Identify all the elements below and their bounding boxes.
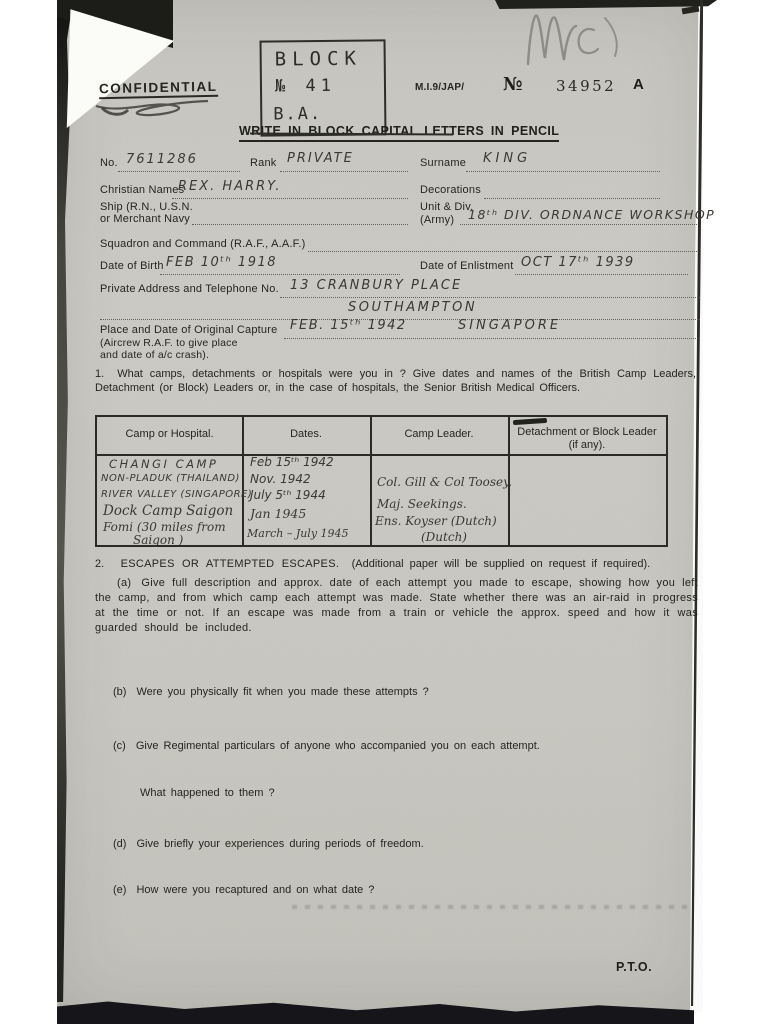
- question-2c2-text: What happened to them ?: [140, 787, 275, 799]
- field-note-capture-2: and date of a/c crash).: [100, 349, 209, 361]
- scanned-form-page: CONFIDENTIAL BLOCK № 41 B.A. M.I.9/JAP/ …: [0, 0, 772, 1024]
- camp-entry: Saigon ): [133, 533, 183, 547]
- serial-number-stamp: 34952: [556, 77, 616, 95]
- dotted-line: [466, 171, 660, 172]
- field-label-no: No.: [100, 157, 118, 169]
- dotted-line: [118, 171, 240, 172]
- field-label-dob: Date of Birth: [100, 260, 164, 272]
- field-value-dob: FEB 10ᵗʰ 1918: [166, 255, 277, 270]
- field-value-address: 13 CRANBURY PLACE: [290, 278, 462, 293]
- question-1-number: 1.: [95, 368, 104, 380]
- table-header-leader: Camp Leader.: [370, 428, 508, 440]
- question-2a-tag: (a): [117, 577, 131, 589]
- table-header-detachment: Detachment or Block Leader (if any).: [516, 426, 658, 451]
- question-2d-tag: (d): [113, 838, 126, 850]
- question-2b-tag: (b): [113, 686, 126, 698]
- dotted-line: [284, 338, 698, 339]
- question-2-title-note: (Additional paper will be supplied on re…: [352, 558, 651, 570]
- form-reference: M.I.9/JAP/: [415, 82, 464, 93]
- camp-entry: Fomi (30 miles from: [103, 520, 226, 534]
- field-value-christian-names: REX. HARRY.: [178, 179, 282, 194]
- field-value-surname: KING: [483, 151, 531, 166]
- question-2e-text: How were you recaptured and on what date…: [136, 884, 374, 896]
- date-entry: Nov. 1942: [250, 472, 311, 486]
- series-letter: A: [633, 76, 644, 93]
- question-2b-text: Were you physically fit when you made th…: [136, 686, 428, 698]
- field-label-ship-2: or Merchant Navy: [100, 213, 190, 225]
- field-label-address: Private Address and Telephone No.: [100, 283, 279, 295]
- question-2c-followup: What happened to them ?: [140, 787, 275, 801]
- camp-entry: Dock Camp Saigon: [103, 503, 233, 519]
- field-value-no: 7611286: [126, 152, 198, 167]
- camp-entry: RIVER VALLEY (SINGAPORE): [101, 489, 252, 500]
- question-2b: (b)Were you physically fit when you made…: [113, 686, 429, 700]
- date-entry: Jan 1945: [250, 506, 306, 521]
- field-label-rank: Rank: [250, 157, 276, 169]
- date-entry: July 5ᵗʰ 1944: [250, 488, 326, 502]
- date-entry: March – July 1945: [247, 527, 349, 540]
- question-2c-tag: (c): [113, 740, 126, 752]
- field-value-capture-place: SINGAPORE: [458, 318, 561, 333]
- leader-entry: Maj. Seekings.: [377, 497, 467, 511]
- camp-entry: CHANGI CAMP: [109, 457, 218, 471]
- question-1-text: What camps, detachments or hospitals wer…: [95, 368, 696, 394]
- question-2c-text: Give Regimental particulars of anyone wh…: [136, 740, 540, 752]
- question-2-title: ESCAPES OR ATTEMPTED ESCAPES.: [121, 558, 340, 570]
- pto-label: P.T.O.: [616, 960, 652, 974]
- field-value-address-2: SOUTHAMPTON: [348, 300, 477, 315]
- number-sign: №: [503, 74, 523, 95]
- block-stamp-line1: BLOCK: [275, 48, 362, 71]
- leader-entry: Col. Gill & Col Toosey.: [377, 475, 512, 489]
- field-label-enlistment: Date of Enlistment: [420, 260, 513, 272]
- dotted-line: [460, 224, 697, 225]
- table-header-separator: [97, 454, 666, 456]
- field-label-unit-2: (Army): [420, 214, 454, 226]
- question-2e: (e)How were you recaptured and on what d…: [113, 884, 374, 898]
- ink-bleedthrough: [292, 905, 692, 909]
- dotted-line: [515, 274, 688, 275]
- pencil-scribble: [88, 88, 238, 122]
- table-header-camp: Camp or Hospital.: [97, 428, 242, 440]
- dotted-line: [308, 251, 697, 252]
- block-stamp-line2: № 41: [275, 76, 336, 97]
- field-value-enlistment: OCT 17ᵗʰ 1939: [521, 255, 635, 270]
- question-2d: (d)Give briefly your experiences during …: [113, 838, 424, 852]
- question-2-number: 2.: [95, 558, 104, 570]
- question-2d-text: Give briefly your experiences during per…: [136, 838, 423, 850]
- field-label-squadron: Squadron and Command (R.A.F., A.A.F.): [100, 238, 306, 250]
- form-content: CONFIDENTIAL BLOCK № 41 B.A. M.I.9/JAP/ …: [0, 0, 772, 1024]
- field-value-capture: FEB. 15ᵗʰ 1942: [290, 318, 407, 333]
- field-label-christian-names: Christian Names: [100, 184, 184, 196]
- pencil-initials-mark: [508, 2, 638, 72]
- question-2-heading: 2. ESCAPES OR ATTEMPTED ESCAPES. (Additi…: [95, 554, 650, 572]
- dotted-line: [160, 274, 400, 275]
- question-2a-text: Give full description and approx. date o…: [95, 577, 698, 634]
- pencil-dash-mark: [513, 418, 547, 425]
- field-label-decorations: Decorations: [420, 184, 481, 196]
- dotted-line: [192, 224, 408, 225]
- camps-table: Camp or Hospital. Dates. Camp Leader. De…: [95, 415, 668, 547]
- field-value-rank: PRIVATE: [287, 151, 354, 166]
- question-2e-tag: (e): [113, 884, 126, 896]
- block-number-stamp: BLOCK № 41 B.A.: [260, 39, 387, 136]
- block-stamp-line3: B.A.: [273, 104, 322, 125]
- table-header-dates: Dates.: [242, 428, 370, 440]
- field-label-ship-1: Ship (R.N., U.S.N.: [100, 201, 193, 213]
- question-1: 1.What camps, detachments or hospitals w…: [95, 368, 696, 395]
- field-note-capture-1: (Aircrew R.A.F. to give place: [100, 337, 238, 349]
- question-2c: (c)Give Regimental particulars of anyone…: [113, 740, 540, 754]
- field-label-surname: Surname: [420, 157, 466, 169]
- leader-entry: (Dutch): [421, 530, 467, 544]
- field-value-unit: 18ᵗʰ DIV. ORDNANCE WORKSHOP: [468, 207, 715, 222]
- field-label-capture: Place and Date of Original Capture: [100, 324, 277, 336]
- dotted-line: [280, 171, 408, 172]
- dotted-line: [280, 297, 700, 298]
- field-label-unit-1: Unit & Div.: [420, 201, 473, 213]
- leader-entry: Ens. Koyser (Dutch): [375, 514, 497, 528]
- question-2a: (a)Give full description and approx. dat…: [95, 576, 698, 636]
- date-entry: Feb 15ᵗʰ 1942: [250, 455, 334, 469]
- dotted-line: [172, 198, 408, 199]
- camp-entry: NON-PLADUK (THAILAND): [101, 473, 240, 484]
- dotted-line: [484, 198, 660, 199]
